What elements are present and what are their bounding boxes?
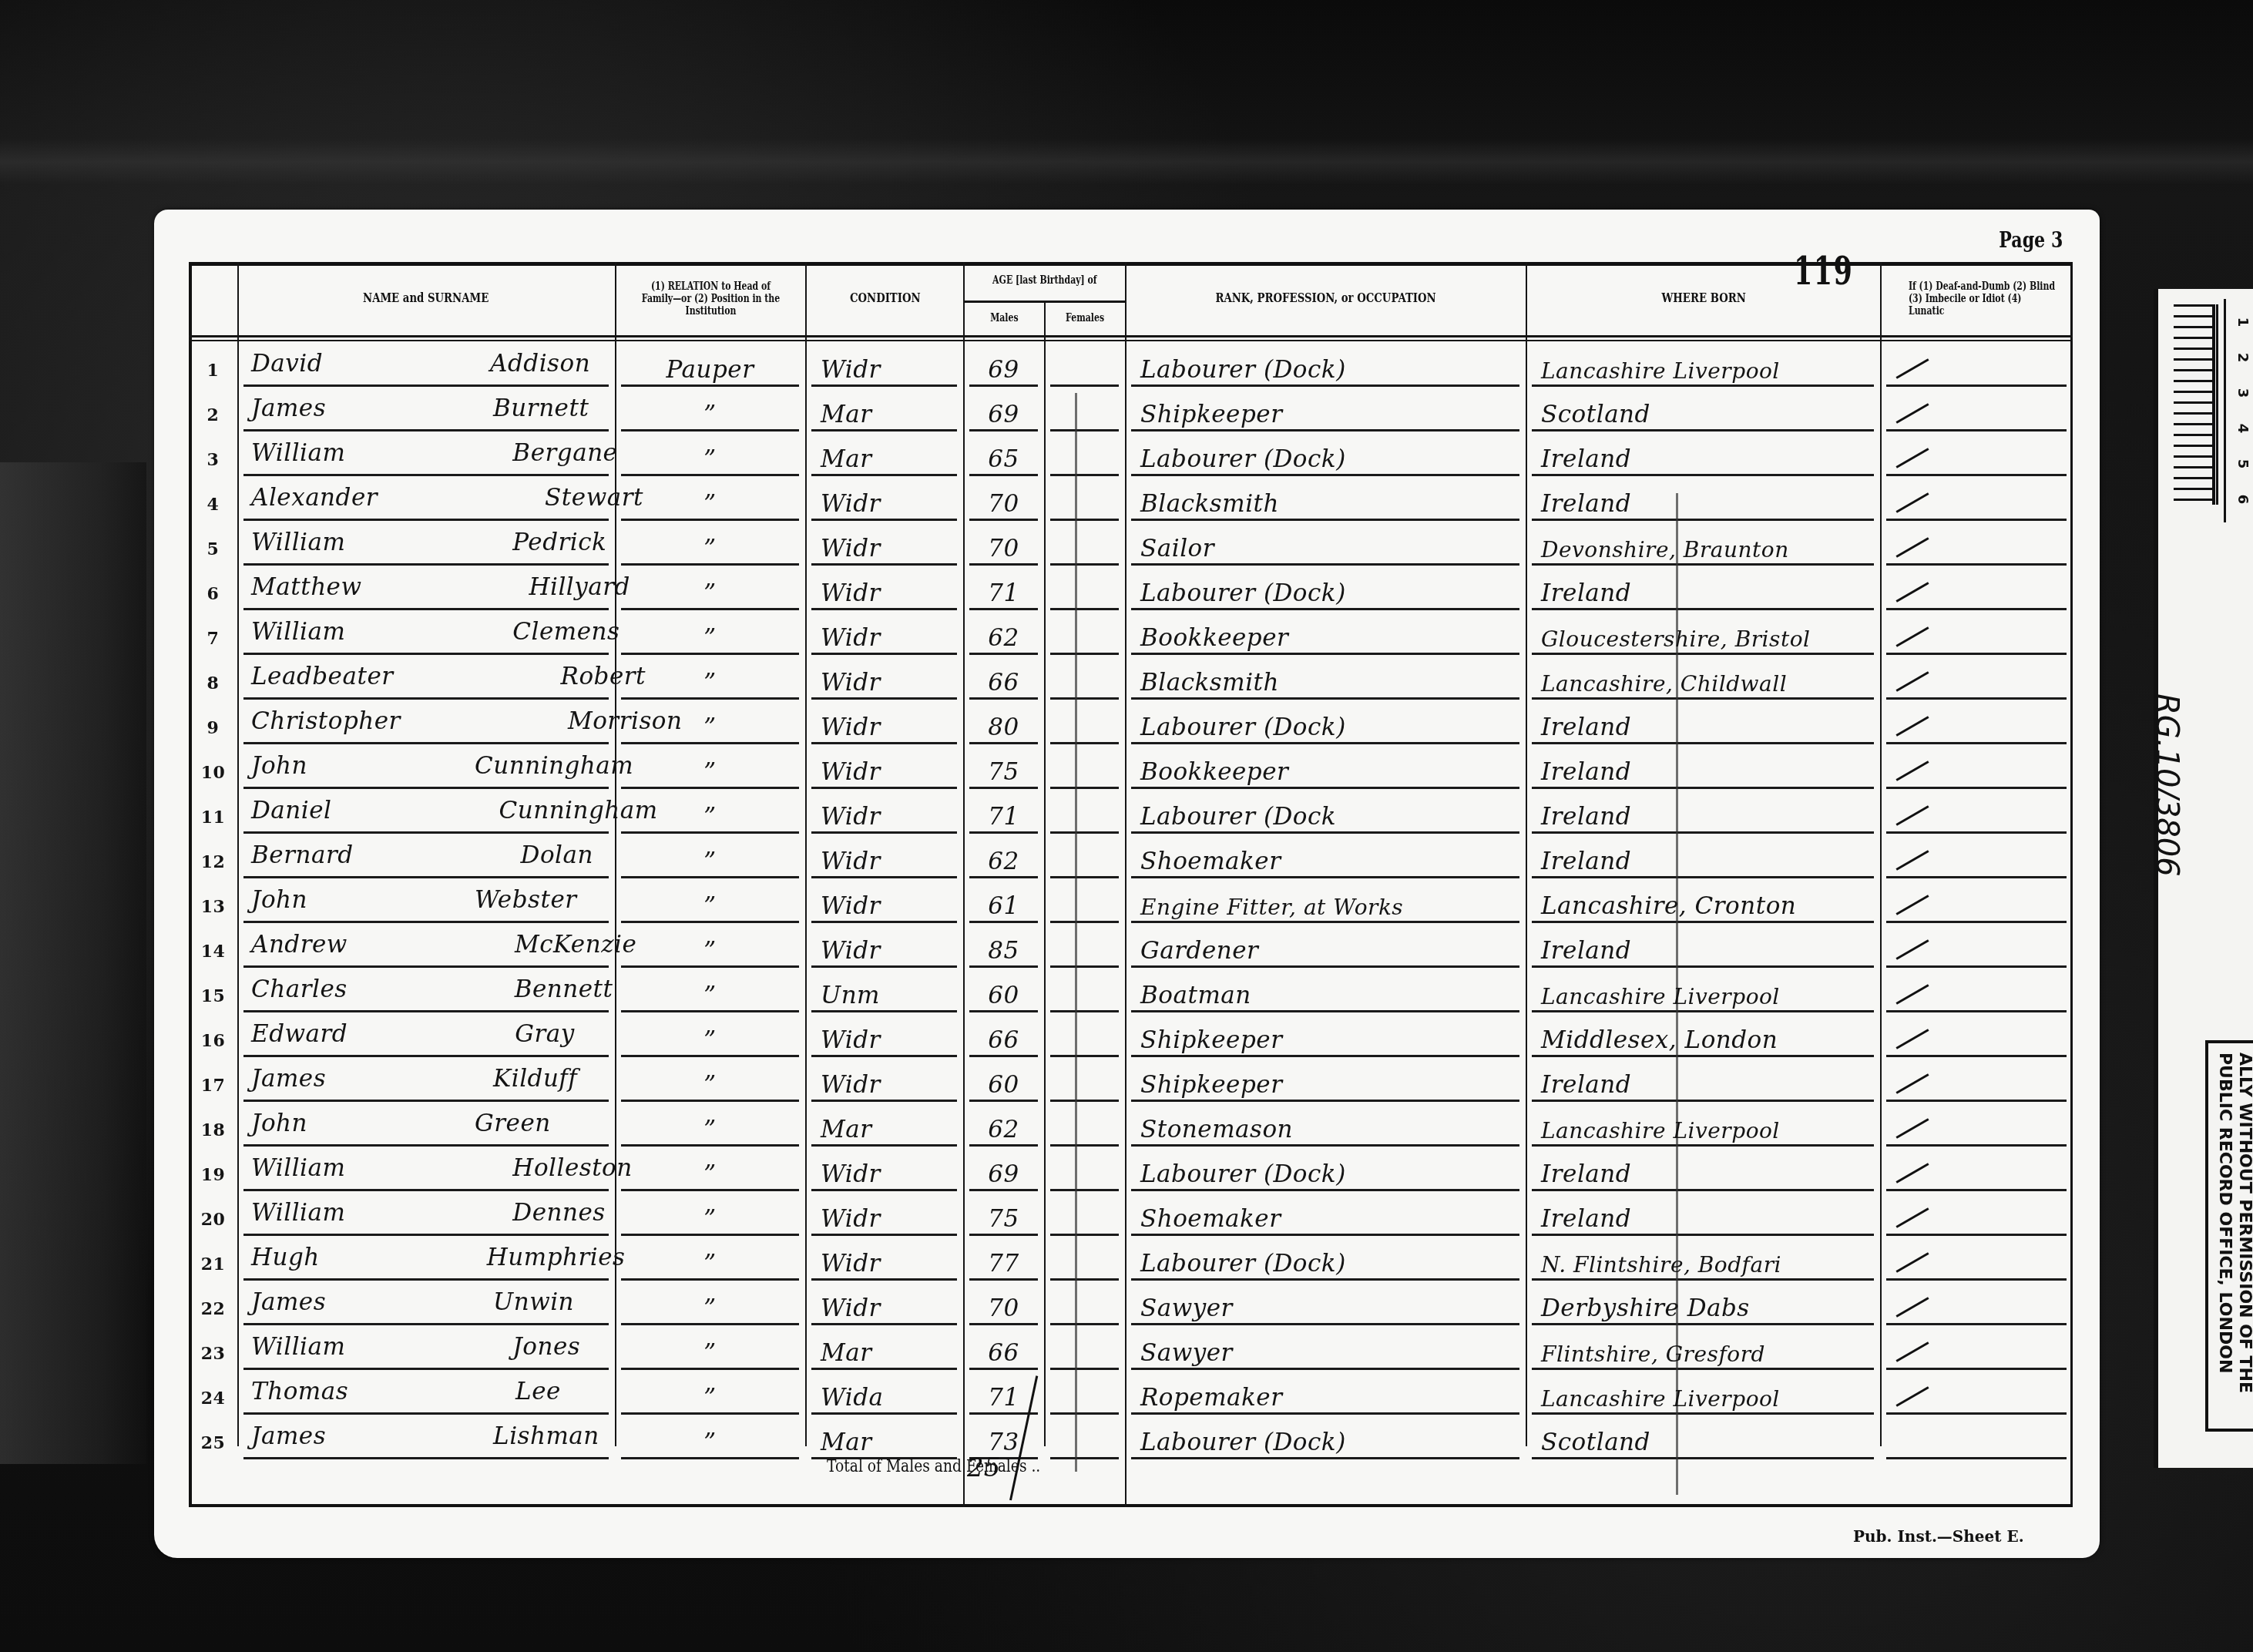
- relation-cell: ”: [615, 880, 805, 925]
- occupation-cell: Shoemaker: [1125, 835, 1526, 880]
- first-name: Hugh: [251, 1244, 320, 1271]
- born-cell: Ireland: [1526, 925, 1880, 969]
- age-m-cell: 75: [963, 1193, 1044, 1237]
- age-m-cell: 71: [963, 567, 1044, 612]
- no-cell: 22: [189, 1282, 237, 1327]
- surname: Lishman: [493, 1422, 599, 1450]
- occupation-cell: Stonemason: [1125, 1103, 1526, 1148]
- dash-mark-icon: [1895, 492, 1929, 513]
- relation-cell: ”: [615, 1103, 805, 1148]
- stamp-line-1: ALLY WITHOUT PERMISSION OF THE: [2235, 1053, 2253, 1393]
- condition-cell: Widr: [805, 746, 963, 791]
- first-name: Alexander: [251, 484, 378, 512]
- dash-mark-icon: [1895, 1163, 1929, 1184]
- born-cell: Devonshire, Braunton: [1526, 522, 1880, 567]
- infirmity-cell: [1880, 656, 2073, 701]
- infirmity-cell: [1880, 1193, 2073, 1237]
- born-cell: Ireland: [1526, 791, 1880, 835]
- name-cell: HughHumphries: [237, 1237, 615, 1282]
- name-cell: JamesKilduff: [237, 1059, 615, 1103]
- table-row: 1DavidAddisonPauperWidr69Labourer (Dock)…: [189, 344, 2073, 388]
- occupation-cell: Ropemaker: [1125, 1372, 1526, 1416]
- no-cell: 23: [189, 1327, 237, 1372]
- relation-cell: ”: [615, 1237, 805, 1282]
- age-m-cell: 77: [963, 1237, 1044, 1282]
- infirmity-cell: [1880, 1327, 2073, 1372]
- table-row: 12BernardDolan”Widr62ShoemakerIreland: [189, 835, 2073, 880]
- dash-mark-icon: [1895, 1073, 1929, 1094]
- age-m-cell: 62: [963, 835, 1044, 880]
- first-name: William: [251, 1154, 345, 1182]
- no-cell: 12: [189, 835, 237, 880]
- dash-mark-icon: [1895, 403, 1929, 424]
- infirmity-cell: [1880, 1103, 2073, 1148]
- surname: Kilduff: [493, 1065, 577, 1093]
- surname: Bergane: [512, 439, 617, 467]
- age-m-cell: 69: [963, 1148, 1044, 1193]
- dash-mark-icon: [1895, 850, 1929, 871]
- occupation-cell: Boatman: [1125, 969, 1526, 1014]
- copyright-stamp: ALLY WITHOUT PERMISSION OF THE PUBLIC RE…: [2205, 1040, 2253, 1432]
- surname: Holleston: [512, 1154, 632, 1182]
- no-cell: 17: [189, 1059, 237, 1103]
- table-row: 2JamesBurnett”Mar69ShipkeeperScotland: [189, 388, 2073, 433]
- first-name: James: [251, 1288, 326, 1316]
- name-cell: DanielCunningham: [237, 791, 615, 835]
- first-name: Thomas: [251, 1378, 348, 1405]
- header-age-females: Females: [1046, 302, 1125, 334]
- age-m-cell: 65: [963, 433, 1044, 478]
- age-f-cell: [1044, 701, 1125, 746]
- dash-mark-icon: [1895, 1341, 1929, 1362]
- age-f-cell: [1044, 925, 1125, 969]
- header-relation: (1) RELATION to Head of Family—or (2) Po…: [616, 262, 805, 335]
- occupation-cell: Shoemaker: [1125, 1193, 1526, 1237]
- stamp-line-2: PUBLIC RECORD OFFICE, LONDON: [2214, 1053, 2235, 1393]
- first-name: Andrew: [251, 931, 348, 959]
- name-cell: JamesBurnett: [237, 388, 615, 433]
- table-row: 3WilliamBergane”Mar65Labourer (Dock)Irel…: [189, 433, 2073, 478]
- infirmity-cell: [1880, 567, 2073, 612]
- name-cell: AndrewMcKenzie: [237, 925, 615, 969]
- age-m-cell: 66: [963, 656, 1044, 701]
- no-cell: 10: [189, 746, 237, 791]
- occupation-cell: Labourer (Dock): [1125, 1237, 1526, 1282]
- header-age-males: Males: [965, 302, 1044, 334]
- table-row: 19WilliamHolleston”Widr69Labourer (Dock)…: [189, 1148, 2073, 1193]
- relation-cell: ”: [615, 1193, 805, 1237]
- name-cell: CharlesBennett: [237, 969, 615, 1014]
- name-cell: JohnWebster: [237, 880, 615, 925]
- name-cell: WilliamJones: [237, 1327, 615, 1372]
- condition-cell: Widr: [805, 701, 963, 746]
- first-name: William: [251, 1333, 345, 1361]
- first-name: John: [251, 1110, 307, 1137]
- pencil-mark: [1075, 393, 1077, 1472]
- born-cell: Lancashire Liverpool: [1526, 969, 1880, 1014]
- condition-cell: Mar: [805, 388, 963, 433]
- table-row: 23WilliamJones”Mar66SawyerFlintshire, Gr…: [189, 1327, 2073, 1372]
- dash-mark-icon: [1895, 761, 1929, 781]
- age-m-cell: 85: [963, 925, 1044, 969]
- infirmity-cell: [1880, 1282, 2073, 1327]
- no-cell: 1: [189, 344, 237, 388]
- born-cell: Lancashire, Cronton: [1526, 880, 1880, 925]
- first-name: William: [251, 529, 345, 556]
- age-m-cell: 70: [963, 1282, 1044, 1327]
- age-f-cell: [1044, 612, 1125, 656]
- age-f-cell: [1044, 1237, 1125, 1282]
- surname: Robert: [561, 663, 646, 690]
- total-value: 25: [967, 1452, 1000, 1483]
- table-row: 5WilliamPedrick”Widr70SailorDevonshire, …: [189, 522, 2073, 567]
- dash-mark-icon: [1895, 1118, 1929, 1139]
- occupation-cell: Labourer (Dock): [1125, 567, 1526, 612]
- occupation-cell: Shipkeeper: [1125, 1059, 1526, 1103]
- relation-cell: ”: [615, 1372, 805, 1416]
- born-cell: Lancashire Liverpool: [1526, 1103, 1880, 1148]
- header-where-born: WHERE BORN: [1527, 262, 1880, 335]
- age-f-cell: [1044, 478, 1125, 522]
- surname: Webster: [475, 886, 577, 914]
- name-cell: DavidAddison: [237, 344, 615, 388]
- age-m-cell: 75: [963, 746, 1044, 791]
- dash-mark-icon: [1895, 939, 1929, 960]
- dash-mark-icon: [1895, 582, 1929, 603]
- name-cell: MatthewHillyard: [237, 567, 615, 612]
- dash-mark-icon: [1895, 448, 1929, 468]
- name-cell: EdwardGray: [237, 1014, 615, 1059]
- occupation-cell: Labourer (Dock): [1125, 1148, 1526, 1193]
- surname: Addison: [490, 350, 590, 378]
- name-cell: JohnGreen: [237, 1103, 615, 1148]
- born-cell: Middlesex, London: [1526, 1014, 1880, 1059]
- no-cell: 8: [189, 656, 237, 701]
- header-condition: CONDITION: [807, 262, 963, 335]
- relation-cell: ”: [615, 1059, 805, 1103]
- age-f-cell: [1044, 1148, 1125, 1193]
- condition-cell: Mar: [805, 1103, 963, 1148]
- surname: Lee: [515, 1378, 561, 1405]
- dash-mark-icon: [1895, 984, 1929, 1005]
- first-name: Matthew: [251, 573, 361, 601]
- archive-reference: RG.10/3806: [2149, 693, 2184, 877]
- first-name: William: [251, 618, 345, 646]
- table-row: 6MatthewHillyard”Widr71Labourer (Dock)Ir…: [189, 567, 2073, 612]
- relation-cell: Pauper: [615, 344, 805, 388]
- dash-mark-icon: [1895, 358, 1929, 379]
- name-cell: BernardDolan: [237, 835, 615, 880]
- born-cell: Lancashire Liverpool: [1526, 344, 1880, 388]
- condition-cell: Widr: [805, 1237, 963, 1282]
- no-cell: 15: [189, 969, 237, 1014]
- header-divider: [189, 335, 2073, 341]
- first-name: John: [251, 752, 307, 780]
- table-row: 13JohnWebster”Widr61Engine Fitter, at Wo…: [189, 880, 2073, 925]
- table-row: 20WilliamDennes”Widr75ShoemakerIreland: [189, 1193, 2073, 1237]
- surname: Dennes: [512, 1199, 605, 1227]
- condition-cell: Wida: [805, 1372, 963, 1416]
- age-m-cell: 71: [963, 791, 1044, 835]
- first-name: Daniel: [251, 797, 331, 824]
- no-cell: 6: [189, 567, 237, 612]
- age-m-cell: 60: [963, 969, 1044, 1014]
- occupation-cell: Bookkeeper: [1125, 746, 1526, 791]
- total-label: Total of Males and Females ..: [827, 1457, 1040, 1476]
- surname: Cunningham: [499, 797, 657, 824]
- occupation-cell: Gardener: [1125, 925, 1526, 969]
- infirmity-cell: [1880, 612, 2073, 656]
- infirmity-cell: [1880, 701, 2073, 746]
- occupation-cell: Labourer (Dock): [1125, 701, 1526, 746]
- census-page: Page 3 119 NAME and SURNAME (1) RELATION…: [154, 210, 2100, 1558]
- name-cell: JohnCunningham: [237, 746, 615, 791]
- name-cell: WilliamDennes: [237, 1193, 615, 1237]
- relation-cell: ”: [615, 1148, 805, 1193]
- table-row: 10JohnCunningham”Widr75BookkeeperIreland: [189, 746, 2073, 791]
- scan-shadow-left: [0, 462, 146, 1464]
- relation-cell: ”: [615, 388, 805, 433]
- born-cell: Lancashire Liverpool: [1526, 1372, 1880, 1416]
- age-f-cell: [1044, 1327, 1125, 1372]
- dash-mark-icon: [1895, 626, 1929, 647]
- first-name: John: [251, 886, 307, 914]
- column-divider: [1880, 262, 1882, 1446]
- dash-mark-icon: [1895, 895, 1929, 915]
- occupation-cell: Sawyer: [1125, 1282, 1526, 1327]
- condition-cell: Widr: [805, 880, 963, 925]
- age-m-cell: 70: [963, 478, 1044, 522]
- age-m-cell: 60: [963, 1059, 1044, 1103]
- first-name: James: [251, 395, 326, 422]
- relation-cell: ”: [615, 1014, 805, 1059]
- condition-cell: Widr: [805, 925, 963, 969]
- infirmity-cell: [1880, 388, 2073, 433]
- condition-cell: Widr: [805, 522, 963, 567]
- infirmity-cell: [1880, 1237, 2073, 1282]
- name-cell: JamesUnwin: [237, 1282, 615, 1327]
- infirmity-cell: [1880, 925, 2073, 969]
- surname: Dolan: [521, 841, 593, 869]
- no-cell: 9: [189, 701, 237, 746]
- born-cell: Ireland: [1526, 1193, 1880, 1237]
- condition-cell: Unm: [805, 969, 963, 1014]
- table-row: 9ChristopherMorrison”Widr80Labourer (Doc…: [189, 701, 2073, 746]
- page-label: Page 3: [1999, 229, 2063, 253]
- occupation-cell: Labourer (Dock: [1125, 791, 1526, 835]
- age-m-cell: 69: [963, 344, 1044, 388]
- condition-cell: Widr: [805, 835, 963, 880]
- relation-cell: ”: [615, 1327, 805, 1372]
- dash-mark-icon: [1895, 716, 1929, 737]
- name-cell: WilliamClemens: [237, 612, 615, 656]
- age-f-cell: [1044, 791, 1125, 835]
- dash-mark-icon: [1895, 1297, 1929, 1318]
- surname: Cunningham: [475, 752, 633, 780]
- first-name: David: [251, 350, 323, 378]
- name-cell: ThomasLee: [237, 1372, 615, 1416]
- condition-cell: Widr: [805, 1014, 963, 1059]
- header-occupation: RANK, PROFESSION, or OCCUPATION: [1126, 262, 1526, 335]
- infirmity-cell: [1880, 746, 2073, 791]
- infirmity-cell: [1880, 433, 2073, 478]
- infirmity-cell: [1880, 344, 2073, 388]
- age-m-cell: 62: [963, 612, 1044, 656]
- born-cell: Ireland: [1526, 567, 1880, 612]
- column-divider: [1044, 301, 1046, 1446]
- name-cell: WilliamBergane: [237, 433, 615, 478]
- scan-artifact-band: [0, 139, 2253, 185]
- first-name: Edward: [251, 1020, 348, 1048]
- surname: Jones: [512, 1333, 580, 1361]
- dash-mark-icon: [1895, 1029, 1929, 1049]
- born-cell: Flintshire, Gresford: [1526, 1327, 1880, 1372]
- surname: Pedrick: [512, 529, 606, 556]
- surname: Stewart: [545, 484, 643, 512]
- table-row: 24ThomasLee”Wida71RopemakerLancashire Li…: [189, 1372, 2073, 1416]
- no-cell: 19: [189, 1148, 237, 1193]
- table-row: 8LeadbeaterRobert”Widr66BlacksmithLancas…: [189, 656, 2073, 701]
- surname: Humphries: [487, 1244, 626, 1271]
- age-m-cell: 62: [963, 1103, 1044, 1148]
- occupation-cell: Shipkeeper: [1125, 388, 1526, 433]
- infirmity-cell: [1880, 478, 2073, 522]
- age-f-cell: [1044, 746, 1125, 791]
- name-cell: AlexanderStewart: [237, 478, 615, 522]
- table-border-bottom: [189, 1504, 2073, 1507]
- table-row: 14AndrewMcKenzie”Widr85GardenerIreland: [189, 925, 2073, 969]
- born-cell: N. Flintshire, Bodfari: [1526, 1237, 1880, 1282]
- age-f-cell: [1044, 1103, 1125, 1148]
- first-name: James: [251, 1065, 326, 1093]
- relation-cell: ”: [615, 835, 805, 880]
- age-m-cell: 69: [963, 388, 1044, 433]
- born-cell: Scotland: [1526, 388, 1880, 433]
- age-f-cell: [1044, 835, 1125, 880]
- infirmity-cell: [1880, 835, 2073, 880]
- occupation-cell: Blacksmith: [1125, 656, 1526, 701]
- born-cell: Ireland: [1526, 478, 1880, 522]
- condition-cell: Widr: [805, 1193, 963, 1237]
- ruler-label: 6: [2224, 476, 2253, 522]
- no-cell: 16: [189, 1014, 237, 1059]
- infirmity-cell: [1880, 1014, 2073, 1059]
- occupation-cell: Labourer (Dock): [1125, 433, 1526, 478]
- dash-mark-icon: [1895, 1252, 1929, 1273]
- table-row: 16EdwardGray”Widr66ShipkeeperMiddlesex, …: [189, 1014, 2073, 1059]
- age-f-cell: [1044, 1014, 1125, 1059]
- first-name: William: [251, 1199, 345, 1227]
- table-row: 21HughHumphries”Widr77Labourer (Dock)N. …: [189, 1237, 2073, 1282]
- name-cell: ChristopherMorrison: [237, 701, 615, 746]
- age-f-cell: [1044, 388, 1125, 433]
- no-cell: 3: [189, 433, 237, 478]
- born-cell: Ireland: [1526, 1059, 1880, 1103]
- column-divider: [237, 262, 239, 1446]
- table-row: 17JamesKilduff”Widr60ShipkeeperIreland: [189, 1059, 2073, 1103]
- age-f-cell: [1044, 1193, 1125, 1237]
- no-cell: 21: [189, 1237, 237, 1282]
- no-cell: 20: [189, 1193, 237, 1237]
- born-cell: Ireland: [1526, 746, 1880, 791]
- age-f-cell: [1044, 656, 1125, 701]
- occupation-cell: Bookkeeper: [1125, 612, 1526, 656]
- age-f-cell: [1044, 969, 1125, 1014]
- born-cell: Ireland: [1526, 1148, 1880, 1193]
- condition-cell: Widr: [805, 1059, 963, 1103]
- condition-cell: Widr: [805, 612, 963, 656]
- no-cell: 7: [189, 612, 237, 656]
- table-row: 11DanielCunningham”Widr71Labourer (DockI…: [189, 791, 2073, 835]
- ruler-scale-cells: 123456: [2216, 304, 2253, 505]
- relation-cell: ”: [615, 1282, 805, 1327]
- ruler-ticks: [2174, 304, 2215, 505]
- condition-cell: Widr: [805, 344, 963, 388]
- age-f-cell: [1044, 1372, 1125, 1416]
- occupation-cell: Engine Fitter, at Works: [1125, 880, 1526, 925]
- relation-cell: ”: [615, 969, 805, 1014]
- occupation-cell: Blacksmith: [1125, 478, 1526, 522]
- infirmity-cell: [1880, 791, 2073, 835]
- age-m-cell: 61: [963, 880, 1044, 925]
- age-f-cell: [1044, 344, 1125, 388]
- no-cell: 11: [189, 791, 237, 835]
- dash-mark-icon: [1895, 671, 1929, 692]
- table-row: 22JamesUnwin”Widr70SawyerDerbyshire Dabs: [189, 1282, 2073, 1327]
- condition-cell: Widr: [805, 1282, 963, 1327]
- name-cell: WilliamPedrick: [237, 522, 615, 567]
- first-name: William: [251, 439, 345, 467]
- no-cell: 13: [189, 880, 237, 925]
- relation-cell: ”: [615, 478, 805, 522]
- surname: Green: [475, 1110, 551, 1137]
- surname: McKenzie: [515, 931, 636, 959]
- header-name: NAME and SURNAME: [237, 262, 615, 335]
- header-infirmity: If (1) Deaf-and-Dumb (2) Blind (3) Imbec…: [1882, 262, 2077, 335]
- age-f-cell: [1044, 1282, 1125, 1327]
- surname: Morrison: [568, 707, 683, 735]
- age-m-cell: 66: [963, 1327, 1044, 1372]
- relation-cell: ”: [615, 433, 805, 478]
- born-cell: Ireland: [1526, 433, 1880, 478]
- name-cell: WilliamHolleston: [237, 1148, 615, 1193]
- census-table: NAME and SURNAME (1) RELATION to Head of…: [189, 262, 2073, 1506]
- condition-cell: Mar: [805, 1327, 963, 1372]
- table-row: 4AlexanderStewart”Widr70BlacksmithIrelan…: [189, 478, 2073, 522]
- column-divider: [963, 262, 965, 1507]
- born-cell: Derbyshire Dabs: [1526, 1282, 1880, 1327]
- table-row: 15CharlesBennett”Unm60BoatmanLancashire …: [189, 969, 2073, 1014]
- condition-cell: Widr: [805, 791, 963, 835]
- infirmity-cell: [1880, 1059, 2073, 1103]
- born-cell: Gloucestershire, Bristol: [1526, 612, 1880, 656]
- age-f-cell: [1044, 522, 1125, 567]
- born-cell: Ireland: [1526, 701, 1880, 746]
- no-cell: 5: [189, 522, 237, 567]
- dash-mark-icon: [1895, 1386, 1929, 1407]
- table-row: 18JohnGreen”Mar62StonemasonLancashire Li…: [189, 1103, 2073, 1148]
- born-cell: Lancashire, Childwall: [1526, 656, 1880, 701]
- first-name: Bernard: [251, 841, 354, 869]
- age-m-cell: 70: [963, 522, 1044, 567]
- no-cell: 2: [189, 388, 237, 433]
- condition-cell: Mar: [805, 433, 963, 478]
- no-cell: 14: [189, 925, 237, 969]
- condition-cell: Widr: [805, 567, 963, 612]
- age-m-cell: 66: [963, 1014, 1044, 1059]
- first-name: Charles: [251, 975, 348, 1003]
- no-cell: 18: [189, 1103, 237, 1148]
